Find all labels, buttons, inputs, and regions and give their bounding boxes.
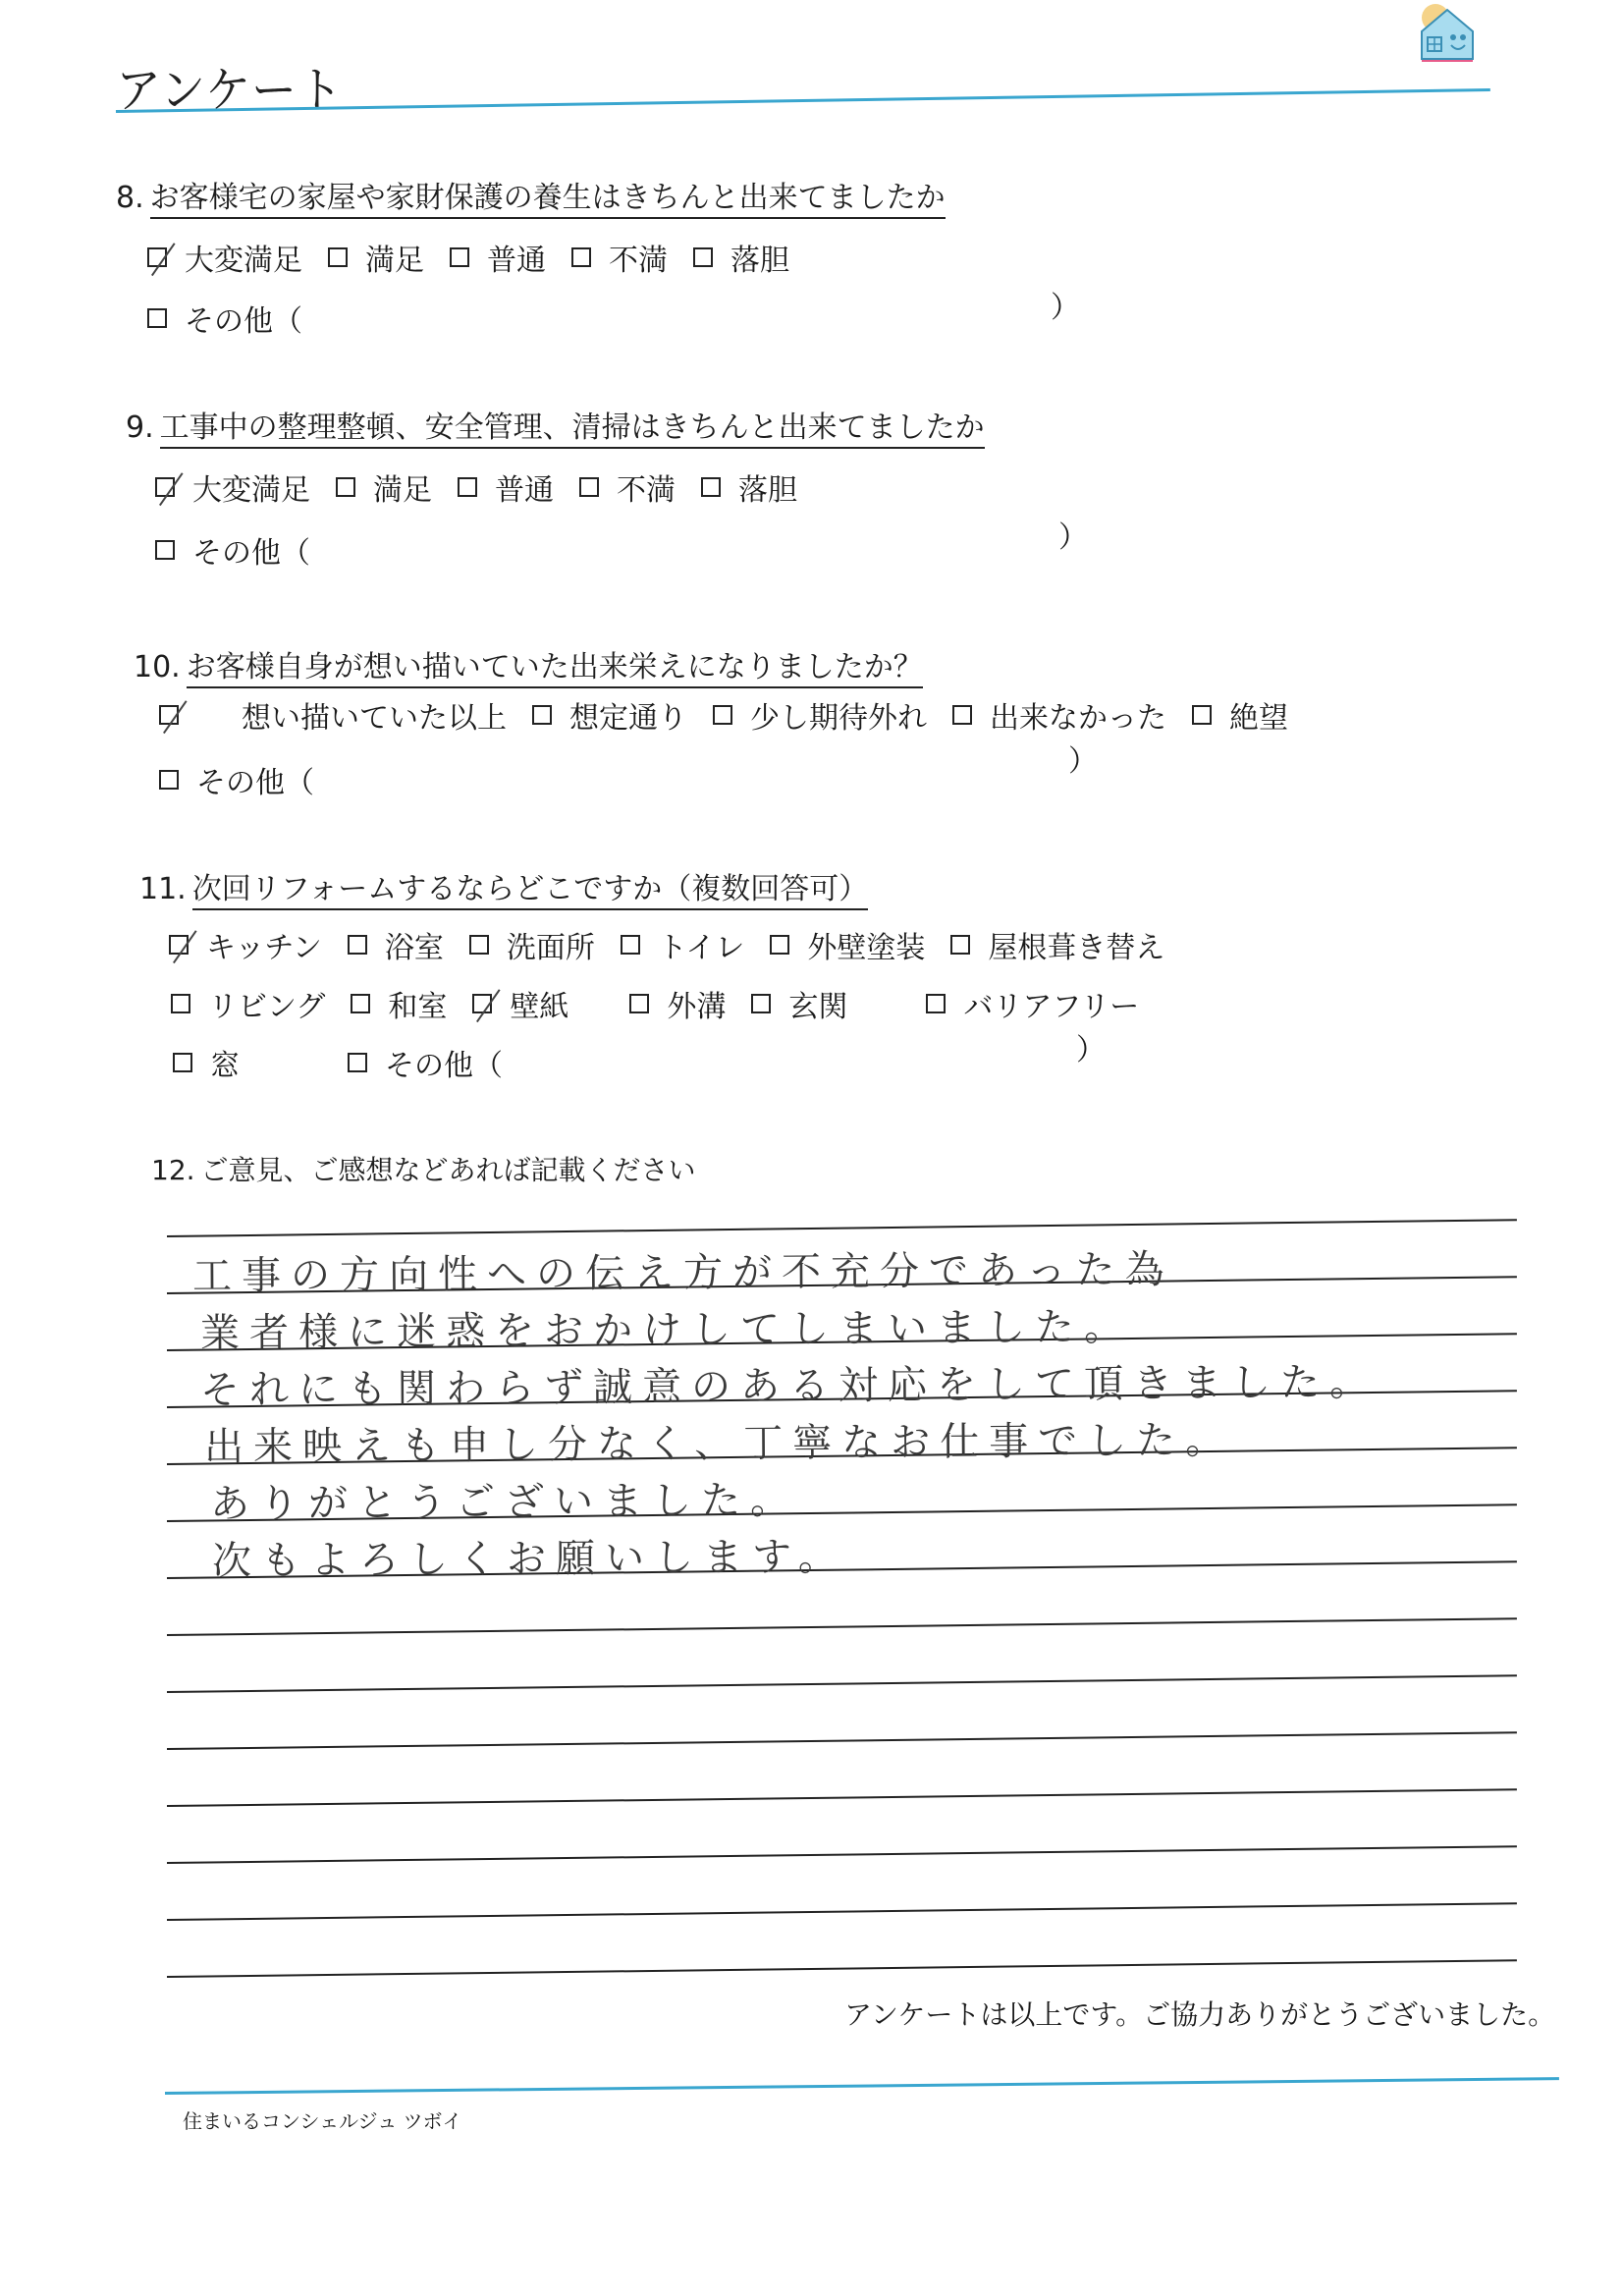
option-satisfied[interactable]: 満足	[336, 465, 432, 509]
option-dissatisfied[interactable]: 不満	[579, 465, 676, 509]
option-toilet[interactable]: トイレ	[621, 923, 745, 966]
option-very-satisfied[interactable]: 大変満足	[147, 236, 302, 279]
option-kitchen[interactable]: キッチン	[169, 923, 322, 966]
checkbox[interactable]	[629, 994, 649, 1013]
checkbox[interactable]	[351, 994, 370, 1013]
closing-message: アンケートは以上です。ご協力ありがとうございました。	[844, 1994, 1555, 2033]
checkbox[interactable]	[770, 935, 789, 955]
question-text: お客様宅の家屋や家財保護の養生はきちんと出来てましたか	[150, 181, 946, 219]
question-11-title: 11.次回リフォームするならどこですか（複数回答可）	[139, 864, 868, 907]
option-window[interactable]: 窓	[173, 1041, 240, 1084]
checkbox[interactable]	[1192, 705, 1212, 725]
other-close-paren: ）	[1068, 737, 1098, 780]
checkbox[interactable]	[469, 935, 489, 955]
writing-line	[167, 1845, 1517, 1864]
question-9-title: 9.工事中の整理整頓、安全管理、清掃はきちんと出来てましたか	[126, 403, 985, 446]
option-exterior-painting[interactable]: 外壁塗装	[770, 923, 925, 966]
option-satisfied[interactable]: 満足	[328, 236, 424, 279]
option-other[interactable]: その他（	[348, 1041, 503, 1084]
writing-line	[167, 1731, 1517, 1750]
checkbox[interactable]	[173, 1053, 192, 1072]
writing-line	[167, 1617, 1517, 1636]
writing-line	[167, 1674, 1517, 1693]
question-8-options: 大変満足 満足 普通 不満 落胆	[147, 236, 815, 279]
checkbox[interactable]	[621, 935, 640, 955]
checkbox[interactable]	[450, 247, 469, 267]
writing-line	[167, 1902, 1517, 1921]
checkbox[interactable]	[171, 994, 190, 1013]
option-not-achieved[interactable]: 出来なかった	[952, 693, 1166, 737]
checkbox-checked[interactable]	[155, 477, 175, 497]
question-9-options: 大変満足 満足 普通 不満 落胆	[155, 465, 823, 509]
writing-line	[167, 1219, 1517, 1237]
house-mascot-logo-icon	[1414, 2, 1483, 65]
other-close-paren: ）	[1058, 513, 1088, 556]
question-11-options-row-1: キッチン 浴室 洗面所 トイレ 外壁塗装 屋根葺き替え	[169, 923, 1190, 966]
writing-line	[167, 1959, 1517, 1978]
writing-line	[167, 1788, 1517, 1807]
question-10-options: 想い描いていた以上 想定通り 少し期待外れ 出来なかった 絶望	[159, 693, 1314, 737]
question-12-title: 12.ご意見、ご感想などあれば記載ください	[151, 1149, 696, 1188]
option-exterior-works[interactable]: 外溝	[629, 982, 726, 1025]
checkbox[interactable]	[328, 247, 348, 267]
option-normal[interactable]: 普通	[458, 465, 554, 509]
checkbox[interactable]	[693, 247, 713, 267]
checkbox-checked[interactable]	[147, 247, 167, 267]
checkbox[interactable]	[571, 247, 591, 267]
checkbox[interactable]	[751, 994, 771, 1013]
question-8-other[interactable]: その他（	[147, 297, 328, 340]
option-slightly-disappointing[interactable]: 少し期待外れ	[713, 693, 927, 737]
option-very-satisfied[interactable]: 大変満足	[155, 465, 310, 509]
question-11-options-row-3: 窓 その他（	[173, 1041, 528, 1084]
checkbox-checked[interactable]	[169, 935, 189, 955]
other-close-paren: ）	[1076, 1025, 1106, 1068]
handwritten-comment-line: 工事の方向性への伝え方が不充分であった為	[192, 1238, 1174, 1301]
question-11-options-row-2: リビング 和室 壁紙 外溝 玄関 バリアフリー	[171, 982, 1164, 1025]
checkbox[interactable]	[950, 935, 970, 955]
checkbox[interactable]	[348, 1053, 367, 1072]
checkbox[interactable]	[348, 935, 367, 955]
checkbox[interactable]	[147, 308, 167, 328]
checkbox[interactable]	[926, 994, 946, 1013]
option-wallpaper[interactable]: 壁紙	[472, 982, 568, 1025]
option-japanese-room[interactable]: 和室	[351, 982, 447, 1025]
option-bathroom[interactable]: 浴室	[348, 923, 444, 966]
option-barrier-free[interactable]: バリアフリー	[926, 982, 1139, 1025]
checkbox[interactable]	[532, 705, 552, 725]
handwritten-comment-line: 次もよろしくお願いします。	[212, 1525, 847, 1586]
other-close-paren: ）	[1051, 283, 1080, 326]
question-8-title: 8.お客様宅の家屋や家財保護の養生はきちんと出来てましたか	[116, 173, 946, 216]
handwritten-comment-line: 出来映えも申し分なく、丁寧なお仕事でした。	[204, 1409, 1235, 1472]
option-roof-replacement[interactable]: 屋根葺き替え	[950, 923, 1164, 966]
checkbox[interactable]	[701, 477, 721, 497]
option-disappointed[interactable]: 落胆	[693, 236, 789, 279]
checkbox[interactable]	[155, 540, 175, 560]
option-disappointed[interactable]: 落胆	[701, 465, 797, 509]
option-dissatisfied[interactable]: 不満	[571, 236, 668, 279]
handwritten-comment-line: ありがとうございました。	[210, 1469, 799, 1529]
option-living[interactable]: リビング	[171, 982, 325, 1025]
handwritten-comment-line: 業者様に迷惑をおかけしてしまいました。	[200, 1295, 1133, 1358]
checkbox-checked[interactable]	[472, 994, 492, 1013]
option-beyond-expectation[interactable]: 想い描いていた以上	[159, 693, 507, 737]
checkbox[interactable]	[159, 770, 179, 790]
checkbox[interactable]	[952, 705, 972, 725]
option-washroom[interactable]: 洗面所	[469, 923, 595, 966]
question-10-other[interactable]: その他（	[159, 758, 340, 801]
question-number: 8.	[116, 181, 144, 215]
checkbox[interactable]	[579, 477, 599, 497]
checkbox-checked[interactable]	[159, 705, 179, 725]
option-as-expected[interactable]: 想定通り	[532, 693, 687, 737]
question-9-other[interactable]: その他（	[155, 528, 336, 572]
handwritten-comment-line: それにも関わらず誠意のある対応をして頂きました。	[200, 1351, 1379, 1415]
option-despair[interactable]: 絶望	[1192, 693, 1288, 737]
option-normal[interactable]: 普通	[450, 236, 546, 279]
footer-divider	[165, 2077, 1559, 2095]
checkbox[interactable]	[336, 477, 355, 497]
checkbox[interactable]	[713, 705, 732, 725]
footer-brand: 住まいるコンシェルジュ ツボイ	[183, 2105, 462, 2134]
checkbox[interactable]	[458, 477, 477, 497]
option-entrance[interactable]: 玄関	[751, 982, 847, 1025]
question-10-title: 10.お客様自身が想い描いていた出来栄えになりましたか？	[134, 642, 923, 685]
